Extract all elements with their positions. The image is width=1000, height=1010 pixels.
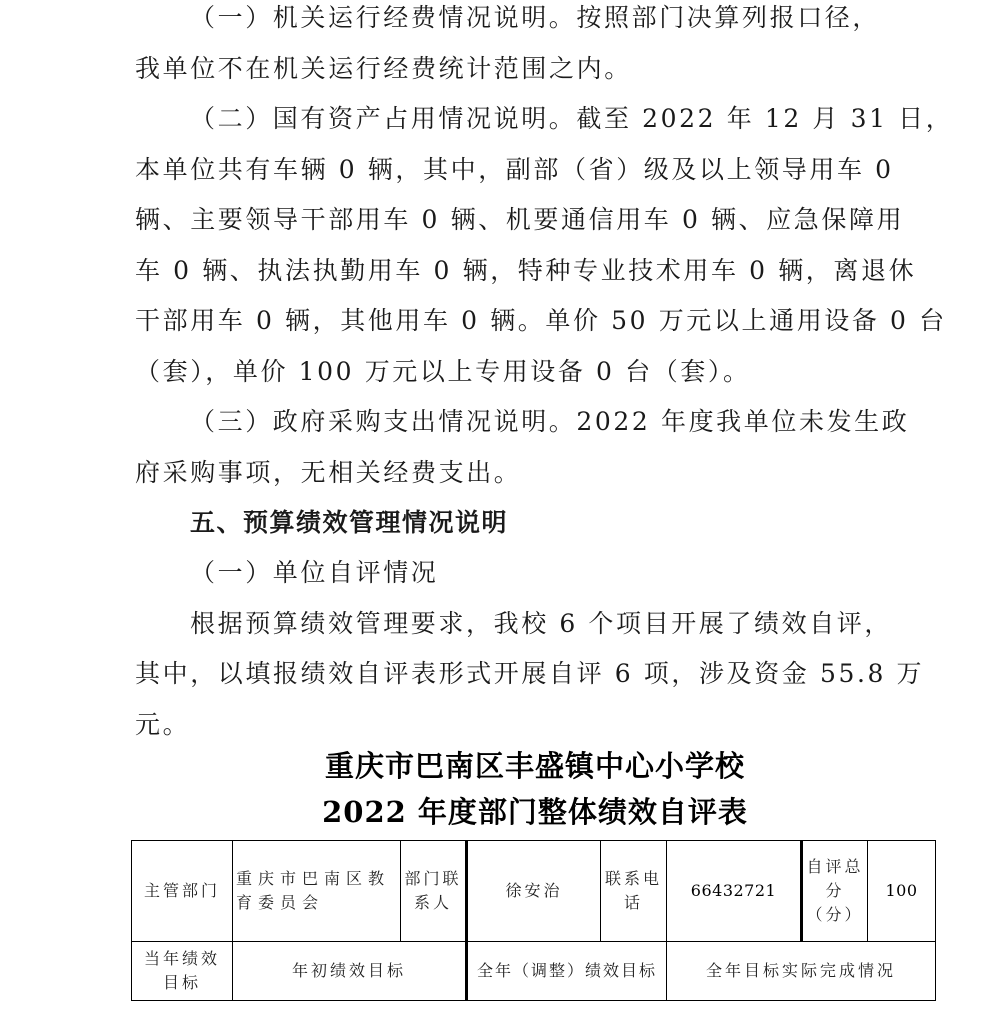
paragraph-2-line-3: 辆、主要领导干部用车 0 辆、机要通信用车 0 辆、应急保障用 <box>135 205 870 235</box>
paragraph-4-line-2: 其中，以填报绩效自评表形式开展自评 6 项，涉及资金 55.8 万 <box>135 659 870 689</box>
score-value-cell: 100 <box>868 841 936 942</box>
table-title-line-2: 2022 年度部门整体绩效自评表 <box>0 794 1000 830</box>
table-row: 当年绩效目标 年初绩效目标 全年（调整）绩效目标 全年目标实际完成情况 <box>132 942 936 1001</box>
contact-value-cell: 徐安治 <box>467 841 601 942</box>
adjusted-goal-header-cell: 全年（调整）绩效目标 <box>467 942 667 1001</box>
paragraph-4-line-3: 元。 <box>135 710 870 740</box>
goal-label-cell: 当年绩效目标 <box>132 942 233 1001</box>
score-label-line-3: （分） <box>806 903 864 927</box>
subsection-heading: （一）单位自评情况 <box>190 558 925 588</box>
section-heading: 五、预算绩效管理情况说明 <box>190 508 925 538</box>
paragraph-2-line-5: 干部用车 0 辆，其他用车 0 辆。单价 50 万元以上通用设备 0 台 <box>135 306 870 336</box>
paragraph-1-line-2: 我单位不在机关运行经费统计范围之内。 <box>135 54 870 84</box>
paragraph-1-line-1: （一）机关运行经费情况说明。按照部门决算列报口径， <box>190 3 925 33</box>
contact-label-cell: 部门联系人 <box>401 841 467 942</box>
paragraph-4-line-1: 根据预算绩效管理要求，我校 6 个项目开展了绩效自评， <box>190 609 925 639</box>
paragraph-3-line-2: 府采购事项，无相关经费支出。 <box>135 458 870 488</box>
actual-completion-header-cell: 全年目标实际完成情况 <box>667 942 936 1001</box>
paragraph-2-line-6: （套），单价 100 万元以上专用设备 0 台（套）。 <box>135 357 870 387</box>
phone-label-cell: 联系电话 <box>601 841 667 942</box>
score-label-cell: 自评总 分 （分） <box>802 841 868 942</box>
score-label-line-2: 分 <box>806 879 864 903</box>
table-title-line-1: 重庆市巴南区丰盛镇中心小学校 <box>0 748 1000 784</box>
paragraph-2-line-4: 车 0 辆、执法执勤用车 0 辆，特种专业技术用车 0 辆，离退休 <box>135 256 870 286</box>
paragraph-3-line-1: （三）政府采购支出情况说明。2022 年度我单位未发生政 <box>190 407 925 437</box>
table-row: 主管部门 重庆市巴南区教育委员会 部门联系人 徐安治 联系电话 66432721… <box>132 841 936 942</box>
initial-goal-header-cell: 年初绩效目标 <box>233 942 467 1001</box>
supervisor-value-cell: 重庆市巴南区教育委员会 <box>233 841 401 942</box>
self-evaluation-table: 主管部门 重庆市巴南区教育委员会 部门联系人 徐安治 联系电话 66432721… <box>131 840 936 1001</box>
score-label-line-1: 自评总 <box>806 855 864 879</box>
document-page: （一）机关运行经费情况说明。按照部门决算列报口径， 我单位不在机关运行经费统计范… <box>0 0 1000 1010</box>
paragraph-2-line-2: 本单位共有车辆 0 辆，其中，副部（省）级及以上领导用车 0 <box>135 155 870 185</box>
phone-value-cell: 66432721 <box>667 841 802 942</box>
supervisor-label-cell: 主管部门 <box>132 841 233 942</box>
paragraph-2-line-1: （二）国有资产占用情况说明。截至 2022 年 12 月 31 日， <box>190 104 925 134</box>
